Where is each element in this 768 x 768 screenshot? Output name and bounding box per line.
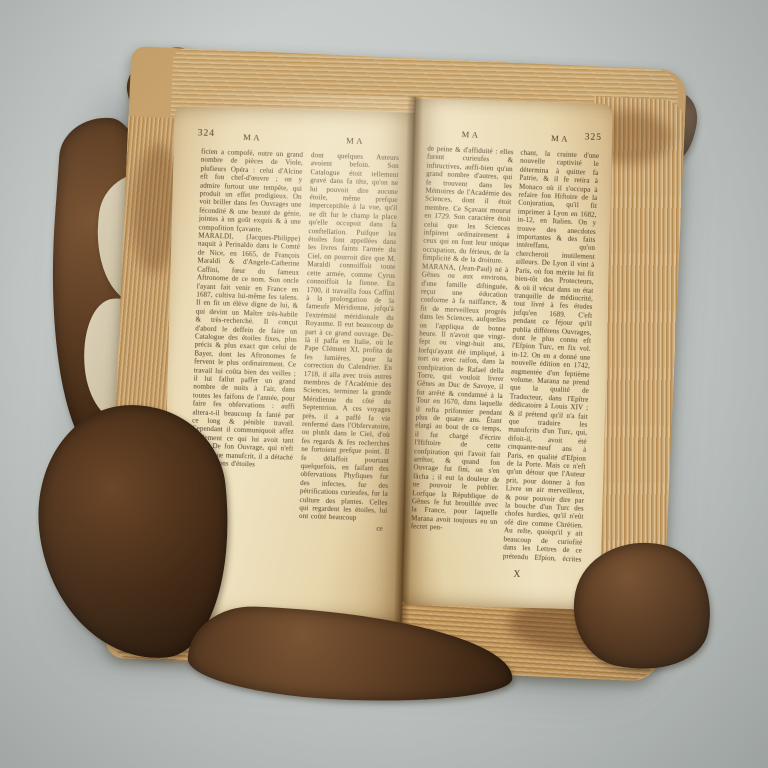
- right-page-number: 325: [584, 132, 602, 143]
- right-page-column-1: de peine & d'affiduité : elles furent cu…: [410, 145, 514, 560]
- photo-scene: 324 MA MA ficien a compofé, outre un gra…: [0, 0, 768, 768]
- left-running-title-col2: MA: [311, 134, 399, 147]
- left-page-number: 324: [198, 128, 216, 139]
- right-page-content: MA MA 325 de peine & d'affiduité : elles…: [397, 97, 617, 611]
- signature-mark: X: [431, 566, 603, 583]
- left-page-header: 324 MA MA: [201, 131, 403, 148]
- right-page-columns: de peine & d'affiduité : elles furent cu…: [410, 145, 600, 564]
- open-book-spread: 324 MA MA ficien a compofé, outre un gra…: [161, 90, 605, 647]
- right-running-title-col1: MA: [428, 128, 515, 142]
- right-page-column-2: chant, la crainte d'une nouvelle captivi…: [503, 149, 600, 564]
- left-page-column-2: dont quelques Auteurs avoient befoin. So…: [299, 151, 399, 524]
- left-running-title-col1: MA: [201, 131, 303, 144]
- right-page-header: MA MA 325: [428, 128, 600, 145]
